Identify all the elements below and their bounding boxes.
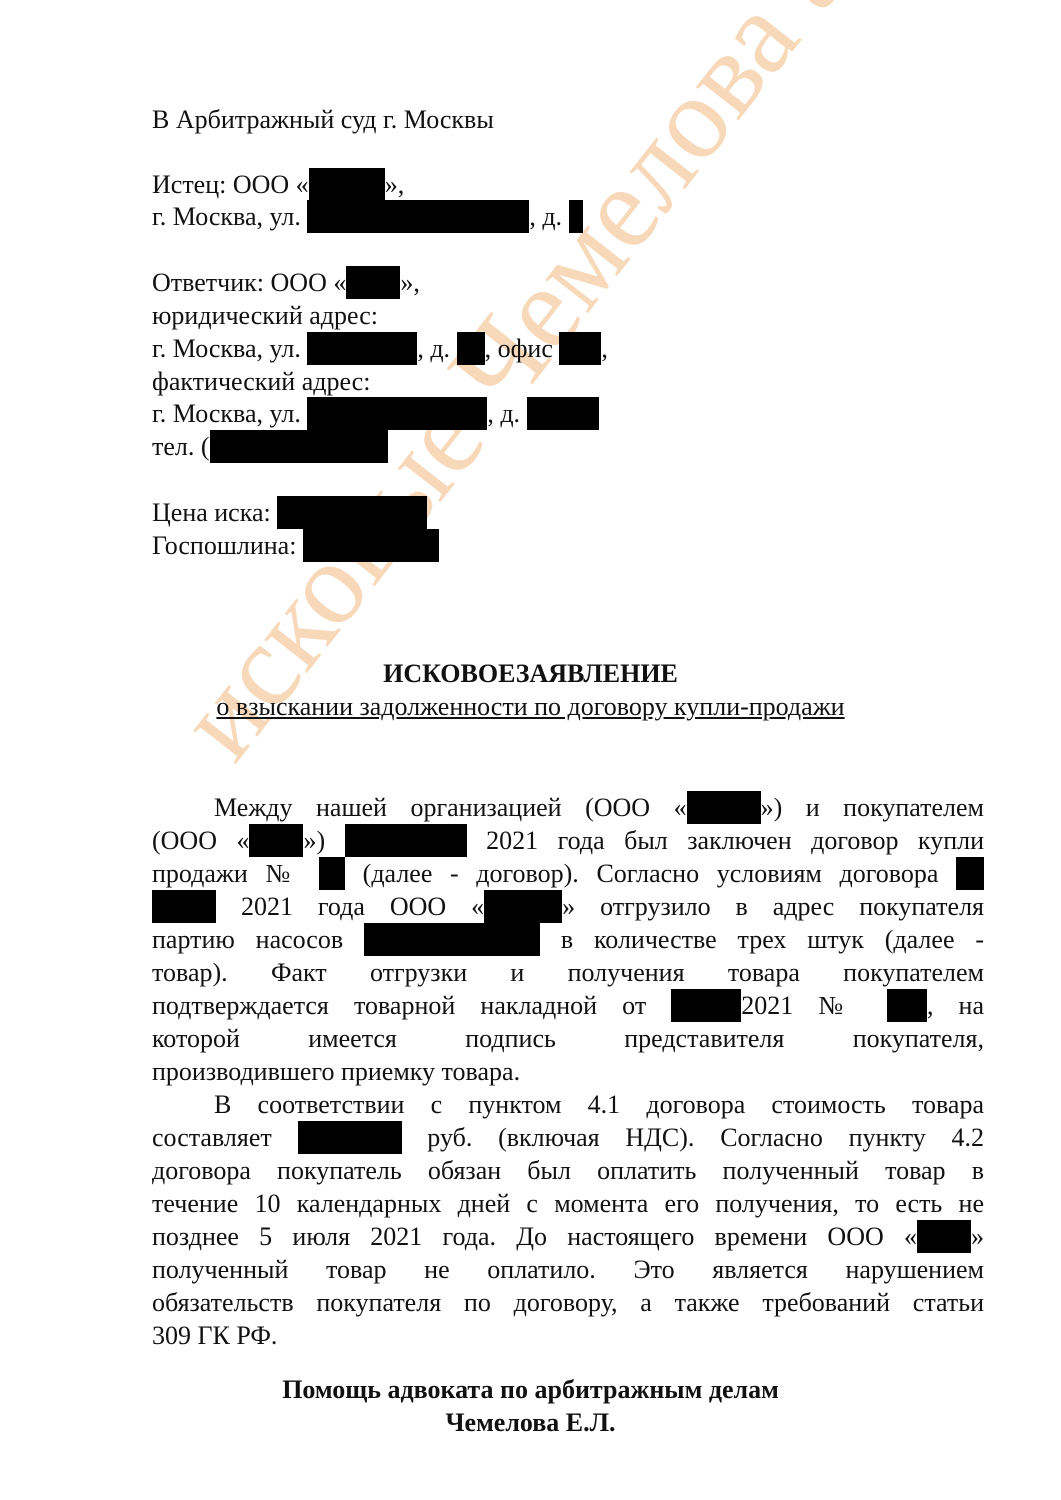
redaction <box>309 168 385 201</box>
document-page: исковые Чемелова архив В Арбитражный суд… <box>0 0 1061 1500</box>
paragraph-1: Между нашей организацией (ООО «») и поку… <box>152 791 984 1088</box>
footer-line-1: Помощь адвоката по арбитражным делам <box>0 1373 1061 1406</box>
defendant-line: Ответчик: ООО «», <box>152 266 420 299</box>
phone-line: тел. ( <box>152 430 388 463</box>
legal-address-label: юридический адрес: <box>152 299 378 332</box>
redaction <box>307 332 417 365</box>
redaction <box>457 332 485 365</box>
document-subtitle: о взыскании задолженности по договору ку… <box>0 692 1061 722</box>
redaction <box>671 989 741 1022</box>
redaction <box>345 824 467 857</box>
plaintiff-line: Истец: ООО «», <box>152 168 404 201</box>
redaction <box>307 397 487 430</box>
redaction <box>887 989 927 1022</box>
redaction <box>298 1121 402 1154</box>
paragraph-2: В соответствии с пунктом 4.1 договора ст… <box>152 1088 984 1352</box>
redaction <box>319 857 345 890</box>
document-title: ИСКОВОЕЗАЯВЛЕНИЕ <box>0 659 1061 689</box>
redaction <box>559 332 601 365</box>
redaction <box>569 200 583 233</box>
redaction <box>307 200 529 233</box>
redaction <box>303 529 439 562</box>
footer-line-2: Чемелова Е.Л. <box>0 1406 1061 1439</box>
redaction <box>277 496 427 529</box>
redaction <box>210 430 388 463</box>
legal-address: г. Москва, ул. , д. , офис , <box>152 332 608 365</box>
claim-price: Цена иска: <box>152 496 427 529</box>
redaction <box>152 890 216 923</box>
redaction <box>249 824 303 857</box>
redaction <box>956 857 984 890</box>
redaction <box>687 791 761 824</box>
plaintiff-address: г. Москва, ул. , д. <box>152 200 583 233</box>
redaction <box>527 397 599 430</box>
redaction <box>917 1220 971 1253</box>
redaction <box>484 890 562 923</box>
redaction <box>364 923 540 956</box>
footer: Помощь адвоката по арбитражным делам Чем… <box>0 1373 1061 1439</box>
court-address: В Арбитражный суд г. Москвы <box>152 103 494 136</box>
redaction <box>346 266 400 299</box>
state-fee: Госпошлина: <box>152 529 439 562</box>
actual-address: г. Москва, ул. , д. <box>152 397 599 430</box>
actual-address-label: фактический адрес: <box>152 365 370 398</box>
